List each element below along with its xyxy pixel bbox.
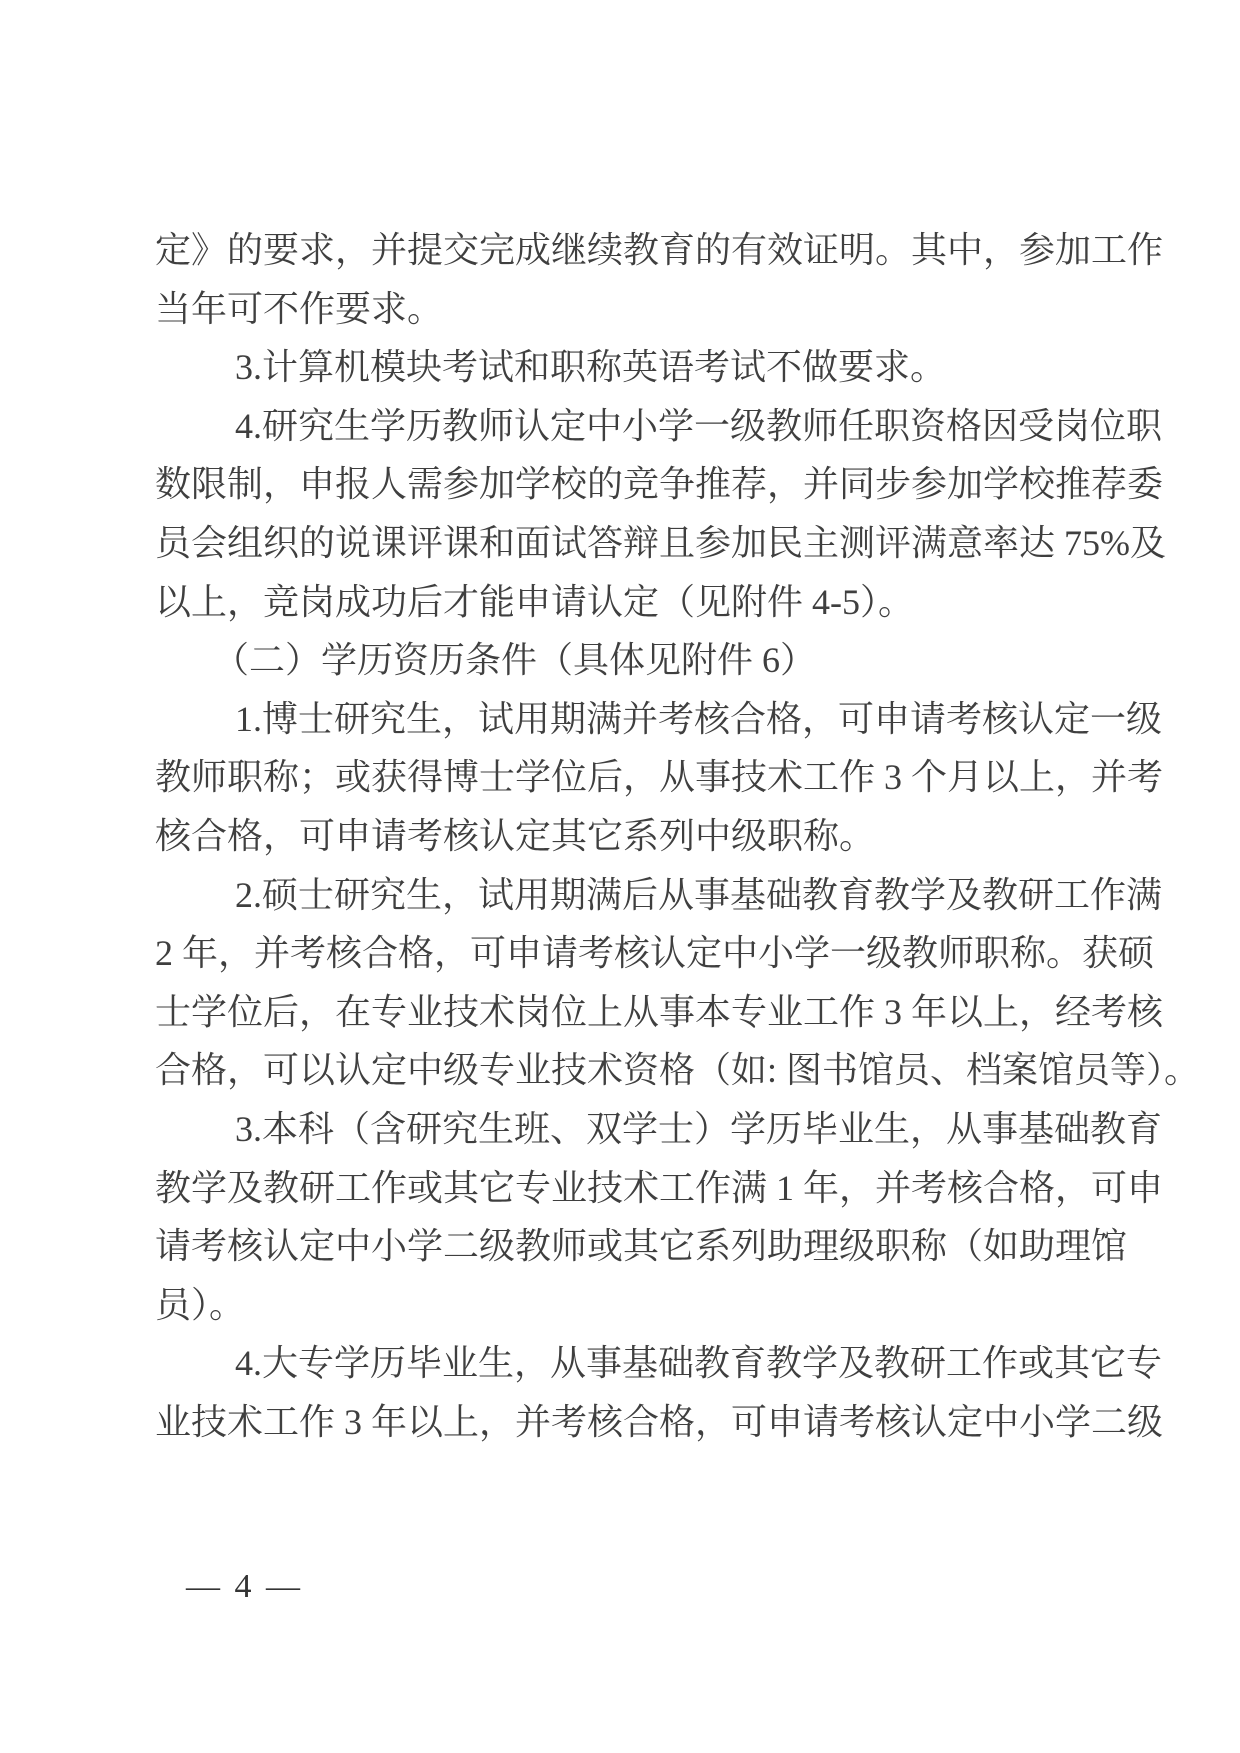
document-line: 核合格，可申请考核认定其它系列中级职称。 (155, 807, 1061, 866)
document-line: 2 年，并考核合格，可申请考核认定中小学一级教师职称。获硕 (155, 924, 1061, 983)
page-number: — 4 — (186, 1558, 303, 1616)
document-line: 数限制，申报人需参加学校的竞争推荐，并同步参加学校推荐委 (155, 455, 1061, 514)
document-line: 3.本科（含研究生班、双学士）学历毕业生，从事基础教育 (155, 1100, 1061, 1159)
document-line: 员）。 (155, 1276, 1061, 1335)
document-line: 业技术工作 3 年以上，并考核合格，可申请考核认定中小学二级 (155, 1393, 1061, 1452)
document-line: 教学及教研工作或其它专业技术工作满 1 年，并考核合格，可申 (155, 1159, 1061, 1218)
document-body: 定》的要求，并提交完成继续教育的有效证明。其中，参加工作 当年可不作要求。 3.… (155, 221, 1061, 1451)
document-section-heading: （二）学历资历条件（具体见附件 6） (155, 631, 1061, 690)
document-line: 当年可不作要求。 (155, 280, 1061, 339)
document-line: 4.研究生学历教师认定中小学一级教师任职资格因受岗位职 (155, 397, 1061, 456)
document-line: 1.博士研究生，试用期满并考核合格，可申请考核认定一级 (155, 690, 1061, 749)
document-line: 教师职称；或获得博士学位后，从事技术工作 3 个月以上，并考 (155, 748, 1061, 807)
document-line: 员会组织的说课评课和面试答辩且参加民主测评满意率达 75%及 (155, 514, 1061, 573)
document-line: 2.硕士研究生，试用期满后从事基础教育教学及教研工作满 (155, 866, 1061, 925)
document-line: 4.大专学历毕业生，从事基础教育教学及教研工作或其它专 (155, 1334, 1061, 1393)
document-line: 以上，竞岗成功后才能申请认定（见附件 4-5）。 (155, 573, 1061, 632)
document-line: 士学位后，在专业技术岗位上从事本专业工作 3 年以上，经考核 (155, 983, 1061, 1042)
document-line: 定》的要求，并提交完成继续教育的有效证明。其中，参加工作 (155, 221, 1061, 280)
document-line: 合格，可以认定中级专业技术资格（如: 图书馆员、档案馆员等）。 (155, 1041, 1061, 1100)
document-line: 请考核认定中小学二级教师或其它系列助理级职称（如助理馆 (155, 1217, 1061, 1276)
document-page: 定》的要求，并提交完成继续教育的有效证明。其中，参加工作 当年可不作要求。 3.… (0, 0, 1240, 1753)
document-line: 3.计算机模块考试和职称英语考试不做要求。 (155, 338, 1061, 397)
